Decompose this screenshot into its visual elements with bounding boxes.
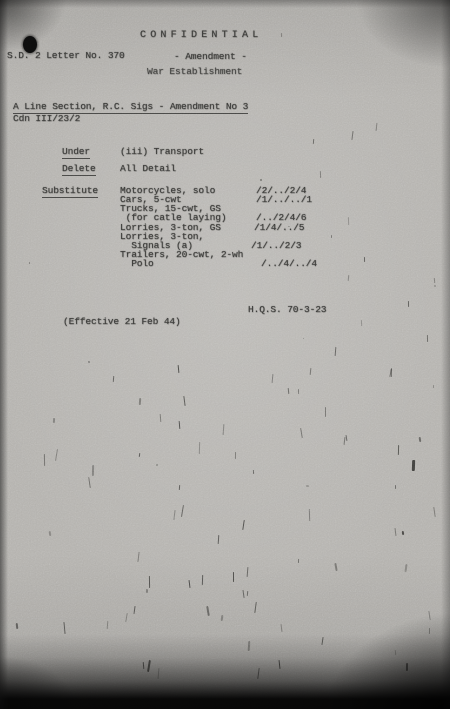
- scratch-mark: [139, 453, 141, 457]
- scratch-mark: [309, 509, 310, 521]
- scratch-mark: [63, 622, 65, 634]
- file-reference: H.Q.S. 70-3-23: [248, 305, 326, 315]
- list-item: Trailers, 20-cwt, 2-wh: [120, 250, 360, 259]
- scratch-mark: [137, 552, 139, 562]
- scratch-mark: [181, 505, 184, 517]
- scratch-mark: [300, 428, 303, 438]
- scratch-mark: [272, 374, 274, 383]
- scratch-mark: [235, 452, 236, 459]
- substitute-label: Substitute: [42, 186, 98, 198]
- scratch-mark: [173, 509, 175, 519]
- scratch-mark: [134, 606, 136, 614]
- unit-reference: Cdn III/23/2: [13, 114, 80, 124]
- scratch-mark: [288, 388, 290, 394]
- scratch-mark: [348, 275, 350, 281]
- scratch-mark: [260, 179, 262, 181]
- scratch-mark: [252, 470, 253, 474]
- scratch-mark: [15, 623, 18, 629]
- scratch-mark: [279, 660, 281, 669]
- scratch-mark: [303, 338, 305, 339]
- scratch-mark: [158, 668, 160, 679]
- scratch-mark: [364, 257, 365, 262]
- scratch-mark: [188, 580, 190, 588]
- scratch-mark: [375, 123, 377, 131]
- scratch-mark: [247, 567, 249, 577]
- scratch-mark: [142, 662, 144, 669]
- scratch-mark: [395, 485, 396, 489]
- item-allotment: /../4/../4: [261, 259, 317, 269]
- scratch-mark: [427, 335, 428, 342]
- scratch-mark: [434, 278, 435, 283]
- letter-number: S.D. 2 Letter No. 370: [7, 51, 125, 61]
- scratch-mark: [242, 520, 244, 530]
- scratch-mark: [391, 368, 392, 377]
- scratch-mark: [233, 572, 234, 582]
- document-title-text: A Line Section, R.C. Sigs - Amendment No…: [13, 102, 248, 114]
- punch-hole-mark: [23, 36, 37, 53]
- scratch-mark: [179, 420, 181, 428]
- item-allotment: /1/../2/3: [251, 241, 301, 251]
- scratch-mark: [402, 531, 405, 536]
- scratch-mark: [183, 396, 185, 406]
- scratch-mark: [404, 564, 407, 572]
- scratch-mark: [310, 368, 312, 375]
- scratch-mark: [147, 660, 151, 672]
- scratch-mark: [433, 507, 435, 517]
- scratch-mark: [88, 477, 91, 488]
- scratch-mark: [306, 485, 308, 486]
- scratch-mark: [217, 535, 219, 544]
- scratch-mark: [159, 414, 161, 422]
- amendment-heading: - Amendment -: [174, 52, 247, 62]
- list-item: Polo /../4/../4: [120, 259, 360, 268]
- scratch-mark: [248, 641, 251, 651]
- scratch-mark: [313, 139, 314, 144]
- scratch-mark: [243, 590, 245, 598]
- scratch-mark: [146, 589, 148, 593]
- scratch-mark: [202, 575, 203, 585]
- scratch-mark: [43, 454, 44, 466]
- scratch-mark: [429, 610, 431, 619]
- scratch-mark: [434, 285, 436, 287]
- scratch-mark: [394, 528, 396, 536]
- scratch-mark: [53, 418, 55, 423]
- scratch-mark: [351, 131, 353, 140]
- scratch-mark: [177, 365, 179, 373]
- scratch-mark: [408, 301, 409, 307]
- scratch-mark: [322, 637, 324, 645]
- scratch-mark: [412, 460, 415, 471]
- substitute-item-list: Motorcycles, solo /2/../2/4 Cars, 5-cwt …: [120, 186, 360, 268]
- scratch-mark: [281, 33, 282, 37]
- scratch-mark: [254, 602, 257, 614]
- scratch-mark: [406, 663, 408, 671]
- scratch-mark: [246, 591, 248, 596]
- under-value: (iii) Transport: [120, 147, 204, 157]
- scratch-mark: [343, 437, 345, 445]
- scratch-mark: [113, 376, 115, 382]
- scratch-mark: [92, 465, 94, 477]
- scratch-mark: [149, 576, 150, 588]
- classification-stamp: CONFIDENTIAL: [140, 31, 262, 41]
- scratch-mark: [325, 407, 326, 417]
- scanned-document-page: CONFIDENTIAL S.D. 2 Letter No. 370 - Ame…: [0, 0, 450, 709]
- scratch-mark: [281, 624, 283, 632]
- scratch-mark: [125, 613, 128, 622]
- scratch-mark: [395, 650, 397, 655]
- scratch-mark: [179, 485, 180, 490]
- effective-date-note: (Effective 21 Feb 44): [63, 317, 181, 327]
- scratch-mark: [206, 606, 210, 616]
- item-allotment: /1/../../1: [256, 195, 312, 205]
- scratch-mark: [139, 398, 141, 405]
- scratch-mark: [298, 559, 299, 563]
- scratch-mark: [360, 320, 361, 326]
- delete-label: Delete: [62, 164, 96, 176]
- establishment-heading: War Establishment: [147, 67, 242, 77]
- scratch-mark: [335, 347, 337, 356]
- scratch-mark: [55, 449, 58, 461]
- scratch-mark: [319, 171, 320, 178]
- scratch-mark: [346, 435, 348, 441]
- scratch-mark: [88, 361, 90, 363]
- document-title: A Line Section, R.C. Sigs - Amendment No…: [13, 102, 248, 114]
- scratch-mark: [49, 531, 52, 536]
- scratch-mark: [221, 614, 224, 620]
- scratch-mark: [223, 424, 225, 435]
- delete-value: All Detail: [120, 164, 176, 174]
- scratch-mark: [257, 668, 259, 679]
- scratch-mark: [429, 628, 430, 634]
- item-name: Polo: [120, 259, 154, 269]
- scratch-mark: [433, 385, 435, 387]
- item-allotment: /1/4/../5: [254, 223, 304, 233]
- scratch-mark: [335, 563, 338, 571]
- scratch-mark: [398, 445, 399, 455]
- scratch-mark: [419, 437, 422, 443]
- under-label: Under: [62, 147, 90, 159]
- scratch-mark: [29, 262, 30, 264]
- scratch-mark: [107, 621, 109, 629]
- scratch-mark: [156, 464, 158, 466]
- scratch-mark: [199, 442, 200, 454]
- scratch-mark: [298, 389, 299, 394]
